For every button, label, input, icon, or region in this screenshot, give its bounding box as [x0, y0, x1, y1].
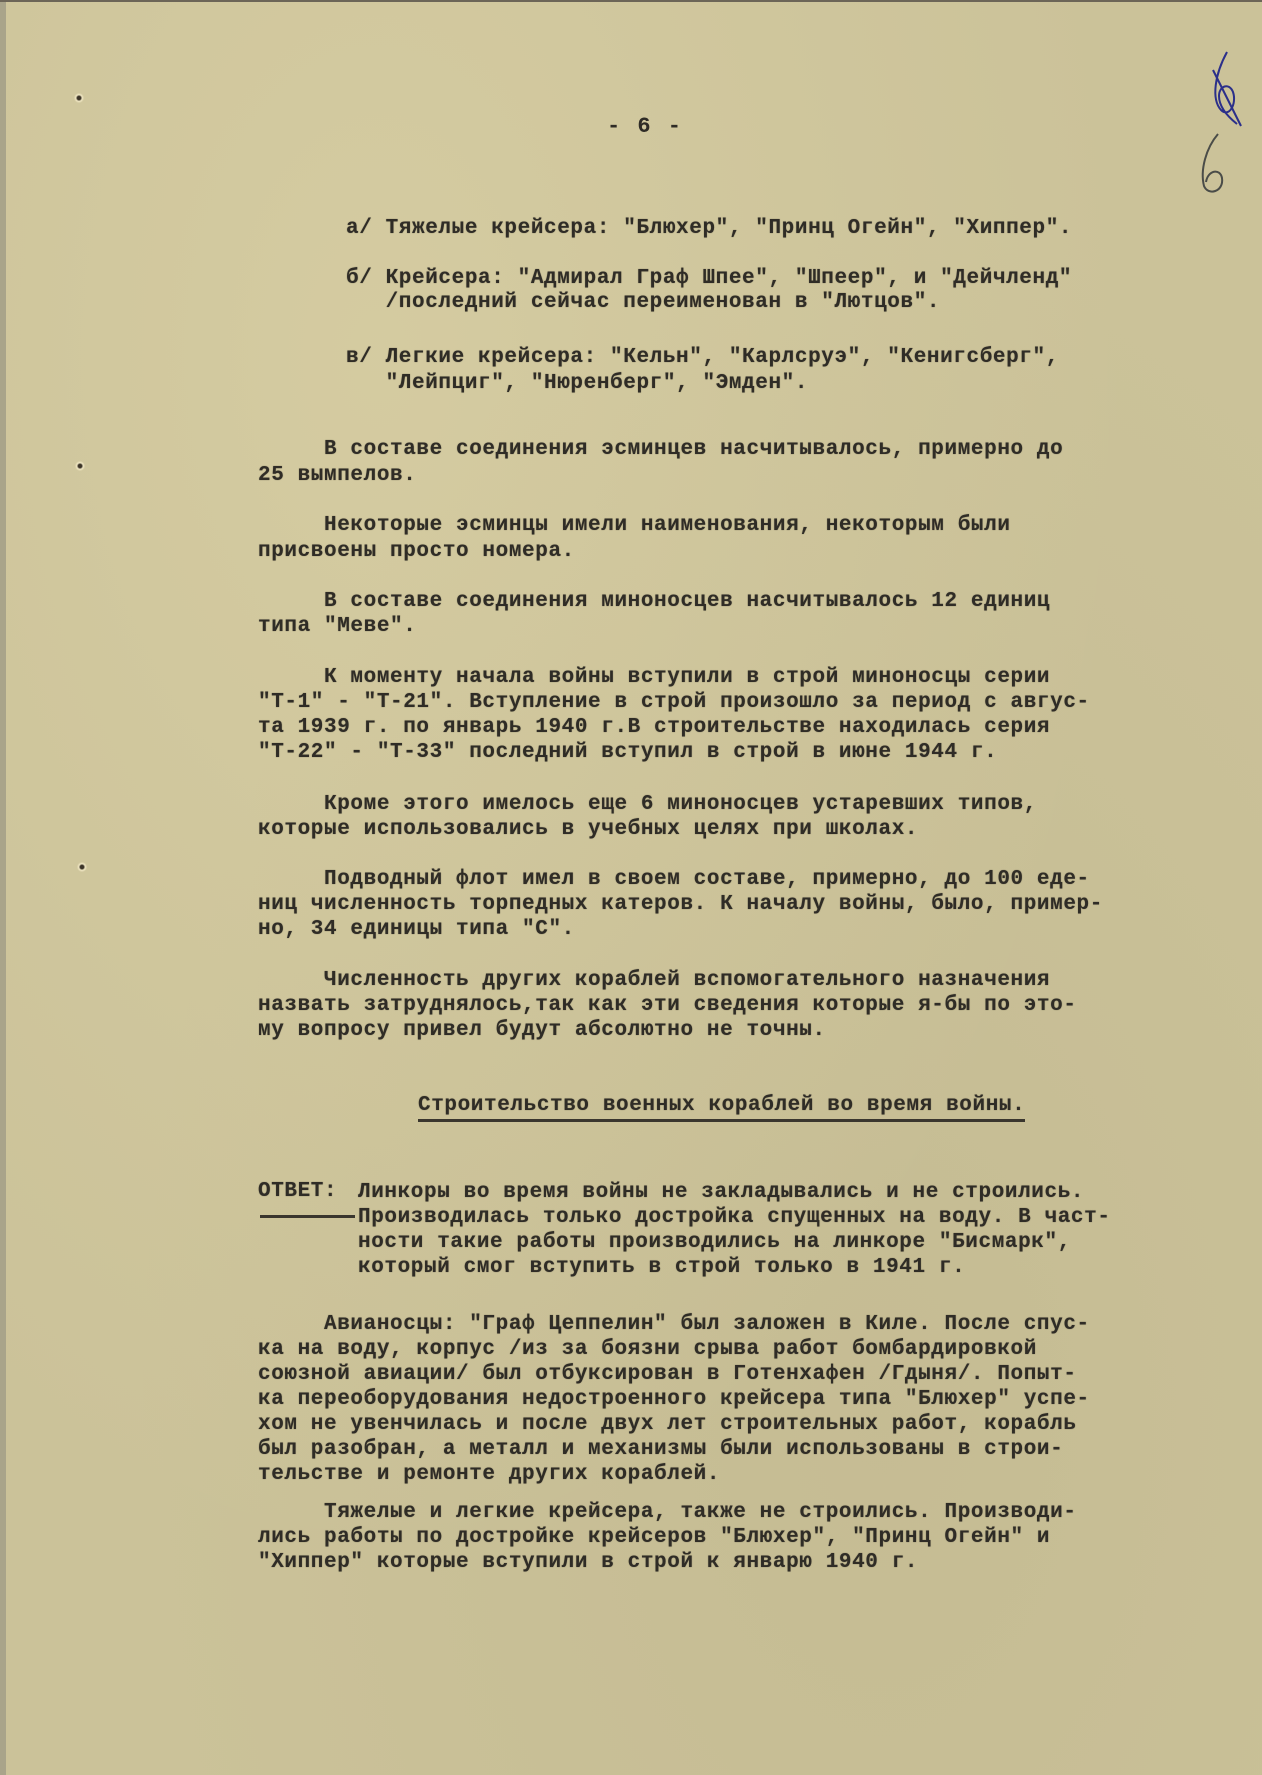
- paragraph-line: присвоены просто номера.: [258, 539, 575, 564]
- paragraph-line: 25 вымпелов.: [258, 463, 416, 488]
- answer-line: который смог вступить в строй только в 1…: [358, 1255, 965, 1280]
- answer-line: Производилась только достройка спущенных…: [358, 1205, 1111, 1230]
- list-item-cruisers-cont: /последний сейчас переименован в "Лютцов…: [346, 290, 940, 315]
- paragraph-line: Авианосцы: "Граф Цеппелин" был заложен в…: [258, 1312, 1090, 1337]
- page-left-edge: [0, 0, 6, 1775]
- paragraph-line: Подводный флот имел в своем составе, при…: [258, 867, 1090, 892]
- paragraph-line: хом не увенчилась и после двух лет строи…: [258, 1412, 1077, 1437]
- paragraph-line: та 1939 г. по январь 1940 г.В строительс…: [258, 715, 1050, 740]
- paragraph-line: В составе соединения эсминцев насчитывал…: [258, 437, 1063, 462]
- paragraph-line: му вопросу привел будут абсолютно не точ…: [258, 1018, 826, 1043]
- document-page: - 6 - а/ Тяжелые крейсера: "Блюхер", "Пр…: [0, 0, 1262, 1775]
- punch-hole: [74, 93, 84, 103]
- punch-hole: [77, 862, 87, 872]
- paragraph-line: К моменту начала войны вступили в строй …: [258, 665, 1050, 690]
- list-item-light-cruisers: в/ Легкие крейсера: "Кельн", "Карлсруэ",…: [346, 345, 1059, 370]
- paragraph-line: назвать затруднялось,так как эти сведени…: [258, 993, 1077, 1018]
- paragraph-line: тельстве и ремонте других кораблей.: [258, 1462, 720, 1487]
- paragraph-line: лись работы по достройке крейсеров "Блюх…: [258, 1525, 1050, 1550]
- answer-underline: [260, 1215, 355, 1218]
- list-item-light-cruisers-cont: "Лейпциг", "Нюренберг", "Эмден".: [346, 371, 808, 396]
- handwritten-folio-icon: [1196, 130, 1232, 200]
- paragraph-line: В составе соединения миноносцев насчитыв…: [258, 589, 1050, 614]
- paragraph-line: союзной авиации/ был отбуксирован в Готе…: [258, 1362, 1077, 1387]
- paragraph-line: Кроме этого имелось еще 6 миноносцев уст…: [258, 792, 1037, 817]
- page-number: - 6 -: [607, 114, 683, 139]
- paragraph-line: был разобран, а металл и механизмы были …: [258, 1437, 1063, 1462]
- paragraph-line: Тяжелые и легкие крейсера, также не стро…: [258, 1500, 1077, 1525]
- paragraph-line: ка на воду, корпус /из за боязни срыва р…: [258, 1337, 1037, 1362]
- paragraph-line: но, 34 единицы типа "С".: [258, 917, 575, 942]
- paragraph-line: "Т-1" - "Т-21". Вступление в строй произ…: [258, 690, 1090, 715]
- paragraph-line: "Т-22" - "Т-33" последний вступил в стро…: [258, 740, 997, 765]
- answer-line: ности такие работы производились на линк…: [358, 1230, 1071, 1255]
- paragraph-line: Численность других кораблей вспомогатель…: [258, 968, 1050, 993]
- paragraph-line: которые использовались в учебных целях п…: [258, 817, 918, 842]
- list-item-heavy-cruisers: а/ Тяжелые крейсера: "Блюхер", "Принц Ог…: [346, 216, 1072, 241]
- paragraph-line: типа "Меве".: [258, 614, 416, 639]
- answer-line: Линкоры во время войны не закладывались …: [358, 1180, 1084, 1205]
- punch-hole: [75, 461, 85, 471]
- paragraph-line: "Хиппер" которые вступили в строй к янва…: [258, 1550, 918, 1575]
- answer-label: ОТВЕТ:: [258, 1180, 337, 1203]
- paragraph-line: ниц численность торпедных катеров. К нач…: [258, 892, 1103, 917]
- section-title: Строительство военных кораблей во время …: [418, 1094, 1025, 1122]
- paragraph-line: Некоторые эсминцы имели наименования, не…: [258, 513, 1011, 538]
- handwritten-folio-crossed-icon: [1207, 44, 1247, 134]
- page-top-edge: [0, 0, 1262, 2]
- list-item-cruisers: б/ Крейсера: "Адмирал Граф Шпее", "Шпеер…: [346, 266, 1072, 291]
- paragraph-line: ка переоборудования недостроенного крейс…: [258, 1387, 1090, 1412]
